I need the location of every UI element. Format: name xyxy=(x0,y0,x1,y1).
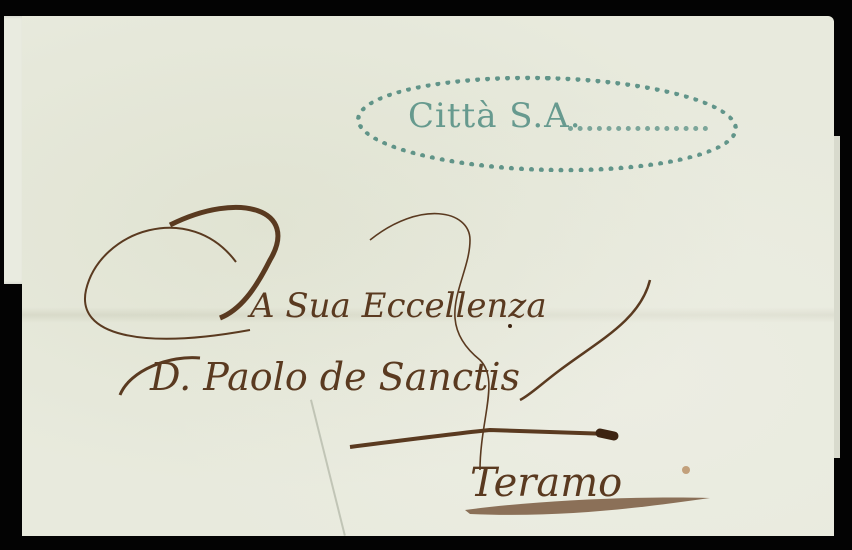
calligraphic-flourishes xyxy=(0,0,852,550)
address-line-salutation: A Sua Eccellenza xyxy=(250,286,547,326)
address-line-city: Teramo xyxy=(470,460,622,506)
address-line-name: D. Paolo de Sanctis xyxy=(150,355,520,399)
